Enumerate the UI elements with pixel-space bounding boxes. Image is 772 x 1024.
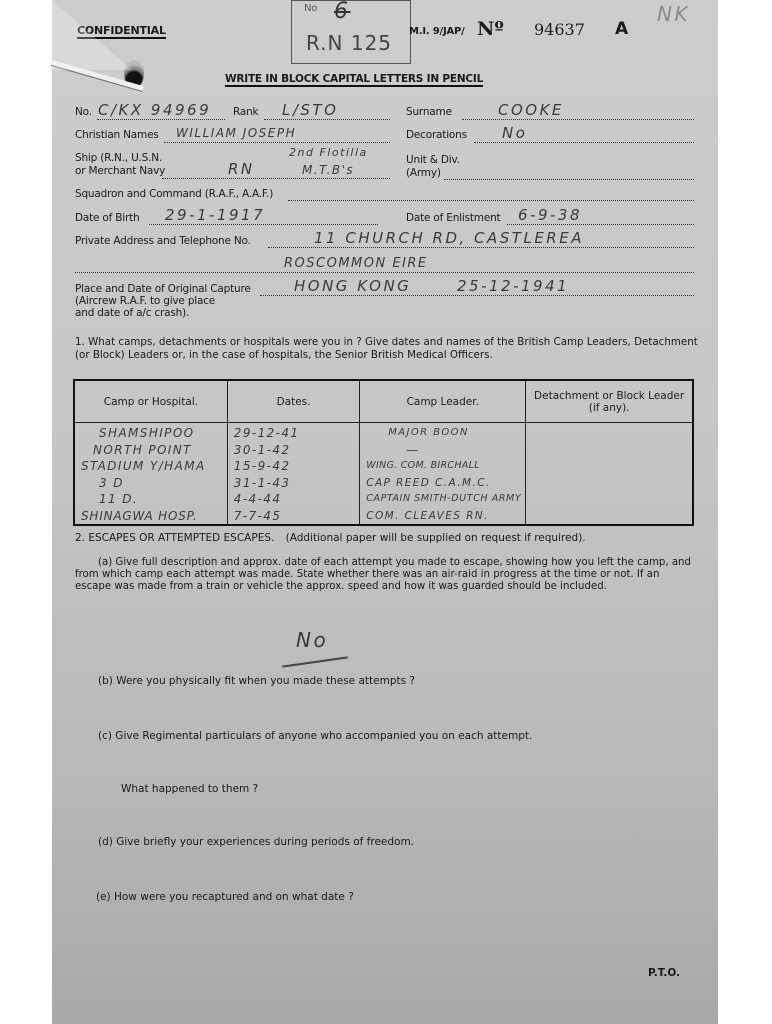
camp-column[interactable]: SHAMSHIPOO NORTH POINT STADIUM Y/HAMA 3 … (74, 423, 227, 526)
form-reference: M.I. 9/JAP/ (409, 26, 465, 37)
date-cell: 4-4-44 (234, 491, 355, 508)
instruction-heading: WRITE IN BLOCK CAPITAL LETTERS IN PENCIL (225, 73, 483, 87)
unit-label-line2: (Army) (406, 167, 441, 179)
column-header-camp-leader: Camp Leader. (360, 380, 526, 423)
question-2a-answer[interactable]: No (296, 628, 328, 652)
question-2c: (c) Give Regimental particulars of anyon… (98, 730, 532, 742)
section1-question-line2: (or Block) Leaders or, in the case of ho… (75, 349, 493, 361)
question-2d: (d) Give briefly your experiences during… (98, 836, 414, 848)
date-of-birth-value[interactable]: 29-1-1917 (165, 206, 265, 224)
decorations-value[interactable]: No (502, 124, 527, 142)
camp-leader-column[interactable]: MAJOR BOON — WING. COM. BIRCHALL CAP REE… (360, 423, 526, 526)
ship-label-line2: or Merchant Navy (75, 165, 165, 177)
unit-field[interactable] (444, 179, 694, 180)
christian-names-value[interactable]: WILLIAM JOSEPH (176, 126, 296, 140)
serial-suffix: A (615, 19, 628, 39)
reference-stamp: No 6 R.N 125 (291, 0, 411, 64)
date-cell: 30-1-42 (234, 442, 355, 459)
no-label: No. (75, 106, 92, 118)
column-header-dates: Dates. (227, 380, 359, 423)
date-cell: 31-1-43 (234, 475, 355, 492)
date-cell: 7-7-45 (234, 508, 355, 525)
question-2b: (b) Were you physically fit when you mad… (98, 675, 415, 687)
folded-corner (52, 0, 132, 70)
decorations-label: Decorations (406, 129, 467, 141)
column-header-detachment-leader: Detachment or Block Leader (if any). (526, 380, 693, 423)
capture-place-value[interactable]: HONG KONG (294, 277, 411, 295)
detachment-leader-column[interactable] (526, 423, 693, 526)
number-symbol: Nº (477, 18, 504, 40)
ship-detail-line1[interactable]: 2nd Flotilla (289, 146, 368, 159)
section2-title-text: 2. ESCAPES OR ATTEMPTED ESCAPES. (75, 532, 274, 544)
camp-cell: NORTH POINT (81, 442, 223, 459)
capture-label-line2: (Aircrew R.A.F. to give place (75, 295, 215, 307)
leader-cell: WING. COM. BIRCHALL (366, 458, 521, 475)
leader-cell: MAJOR BOON (366, 425, 521, 442)
address-label: Private Address and Telephone No. (75, 235, 251, 247)
stamp-no-label: No (304, 3, 317, 14)
question-2c-followup: What happened to them ? (121, 783, 258, 795)
section2-title-note: (Additional paper will be supplied on re… (286, 532, 586, 544)
table-row: SHAMSHIPOO NORTH POINT STADIUM Y/HAMA 3 … (74, 423, 693, 526)
date-cell: 29-12-41 (234, 425, 355, 442)
corner-annotation: NK (657, 2, 690, 26)
ship-value[interactable]: RN (228, 160, 255, 178)
leader-cell: — (366, 442, 521, 459)
surname-value[interactable]: COOKE (498, 101, 564, 119)
camp-cell: 3 D (81, 475, 223, 492)
pto-label: P.T.O. (648, 967, 680, 979)
unit-label-line1: Unit & Div. (406, 154, 460, 166)
camp-cell: 11 D. (81, 491, 223, 508)
leader-cell: COM. CLEAVES RN. (366, 508, 521, 525)
section2-title: 2. ESCAPES OR ATTEMPTED ESCAPES. (Additi… (75, 532, 586, 544)
stamp-value: R.N 125 (306, 31, 392, 55)
date-of-enlistment-label: Date of Enlistment (406, 212, 500, 224)
rank-value[interactable]: L/STO (282, 101, 338, 119)
ship-detail-line2[interactable]: M.T.B's (302, 163, 354, 177)
question-2e: (e) How were you recaptured and on what … (96, 891, 354, 903)
camp-cell: STADIUM Y/HAMA (81, 458, 223, 475)
leader-cell: CAPTAIN SMITH-DUTCH ARMY (366, 491, 521, 508)
squadron-field[interactable] (288, 200, 694, 201)
date-cell: 15-9-42 (234, 458, 355, 475)
camp-cell: SHAMSHIPOO (81, 425, 223, 442)
ship-label-line1: Ship (R.N., U.S.N. (75, 152, 162, 164)
dates-column[interactable]: 29-12-41 30-1-42 15-9-42 31-1-43 4-4-44 … (227, 423, 359, 526)
christian-names-label: Christian Names (75, 129, 159, 141)
question-2a-line2: from which camp each attempt was made. S… (75, 569, 659, 581)
surname-label: Surname (406, 106, 452, 118)
leader-cell: CAP REED C.A.M.C. (366, 475, 521, 492)
column-header-camp: Camp or Hospital. (74, 380, 227, 423)
question-2a-line3: escape was made from a train or vehicle … (75, 581, 607, 593)
address-value-line2[interactable]: ROSCOMMON EIRE (284, 256, 428, 271)
no-value[interactable]: C/KX 94969 (98, 101, 211, 119)
section1-question-line1: 1. What camps, detachments or hospitals … (75, 336, 698, 348)
capture-date-value[interactable]: 25-12-1941 (457, 277, 569, 295)
address-value-line1[interactable]: 11 CHURCH RD, CASTLEREA (314, 229, 584, 247)
camps-table: Camp or Hospital. Dates. Camp Leader. De… (73, 379, 694, 526)
serial-number: 94637 (534, 20, 585, 39)
camp-cell: SHINAGWA HOSP. (81, 508, 223, 525)
answer-underline (282, 656, 348, 667)
date-of-birth-label: Date of Birth (75, 212, 140, 224)
date-of-enlistment-value[interactable]: 6-9-38 (518, 206, 582, 224)
capture-label-line3: and date of a/c crash). (75, 307, 189, 319)
rank-label: Rank (233, 106, 258, 118)
stamp-struck-number: 6 (334, 0, 351, 24)
form-page: CONFIDENTIAL No 6 R.N 125 M.I. 9/JAP/ Nº… (52, 0, 718, 1024)
capture-label-line1: Place and Date of Original Capture (75, 283, 251, 295)
question-2a-line1: (a) Give full description and approx. da… (98, 557, 691, 569)
squadron-label: Squadron and Command (R.A.F., A.A.F.) (75, 188, 273, 200)
